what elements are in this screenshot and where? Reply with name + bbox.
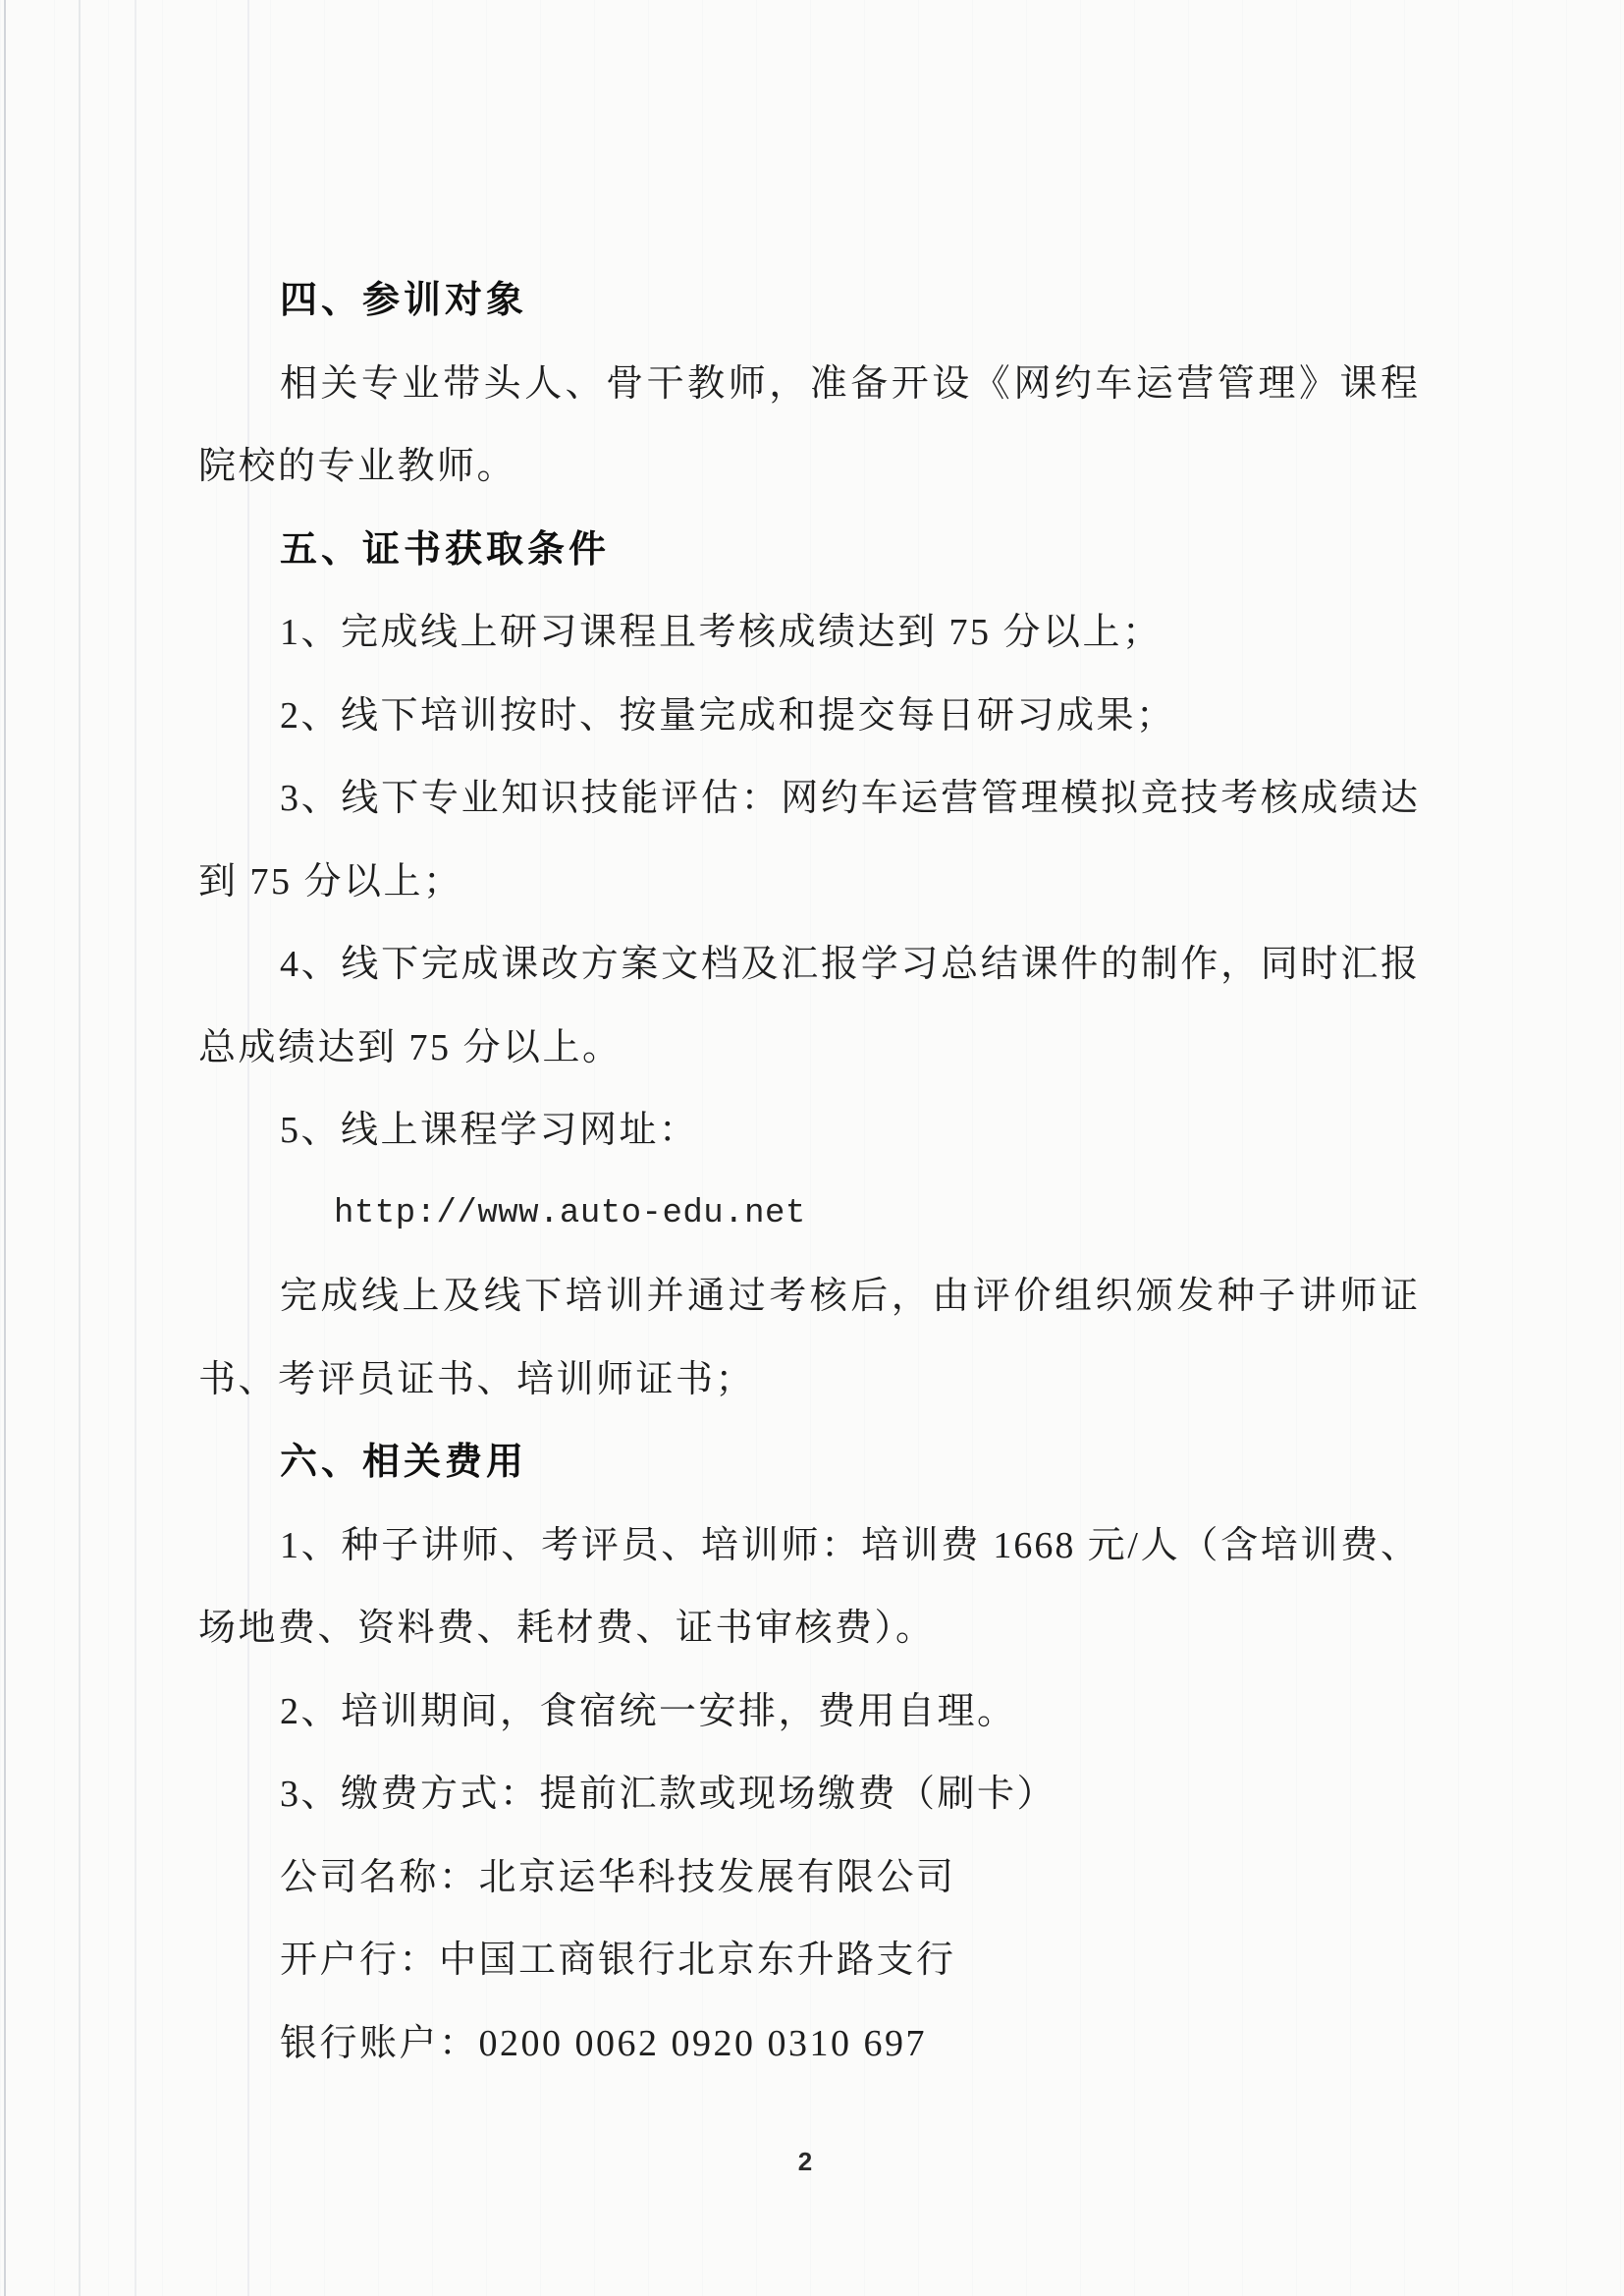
- document-line: 2、线下培训按时、按量完成和提交每日研习成果；: [0, 675, 1624, 758]
- document-line: 2、培训期间，食宿统一安排，费用自理。: [0, 1670, 1624, 1754]
- document-line: 3、缴费方式：提前汇款或现场缴费（刷卡）: [0, 1753, 1624, 1836]
- document-line: 总成绩达到 75 分以上。: [0, 1007, 1624, 1090]
- document-line: 1、种子讲师、考评员、培训师：培训费 1668 元/人（含培训费、: [0, 1504, 1624, 1588]
- document-line: 3、线下专业知识技能评估：网约车运营管理模拟竞技考核成绩达: [0, 757, 1624, 841]
- page-footer: 2: [0, 2147, 1610, 2177]
- document-line: 四、参训对象: [0, 259, 1624, 343]
- document-line: 开户行：中国工商银行北京东升路支行: [0, 1919, 1624, 2002]
- document-line: 4、线下完成课改方案文档及汇报学习总结课件的制作，同时汇报: [0, 923, 1624, 1007]
- document-line: 银行账户：0200 0062 0920 0310 697: [0, 2002, 1624, 2086]
- document-body: 四、参训对象相关专业带头人、骨干教师，准备开设《网约车运营管理》课程院校的专业教…: [0, 259, 1624, 2085]
- document-line: 公司名称：北京运华科技发展有限公司: [0, 1836, 1624, 1920]
- document-line: 相关专业带头人、骨干教师，准备开设《网约车运营管理》课程: [0, 343, 1624, 426]
- document-line: 六、相关费用: [0, 1421, 1624, 1504]
- document-line: 完成线上及线下培训并通过考核后，由评价组织颁发种子讲师证: [0, 1255, 1624, 1339]
- document-page: 四、参训对象相关专业带头人、骨干教师，准备开设《网约车运营管理》课程院校的专业教…: [0, 0, 1624, 2296]
- document-line: 五、证书获取条件: [0, 509, 1624, 592]
- document-line: 书、考评员证书、培训师证书；: [0, 1339, 1624, 1422]
- document-line: 到 75 分以上；: [0, 841, 1624, 924]
- page-number: 2: [798, 2147, 812, 2176]
- document-line: 1、完成线上研习课程且考核成绩达到 75 分以上；: [0, 591, 1624, 675]
- document-line: http://www.auto-edu.net: [0, 1173, 1624, 1256]
- document-line: 院校的专业教师。: [0, 425, 1624, 509]
- document-line: 5、线上课程学习网址：: [0, 1089, 1624, 1173]
- document-line: 场地费、资料费、耗材费、证书审核费）。: [0, 1587, 1624, 1670]
